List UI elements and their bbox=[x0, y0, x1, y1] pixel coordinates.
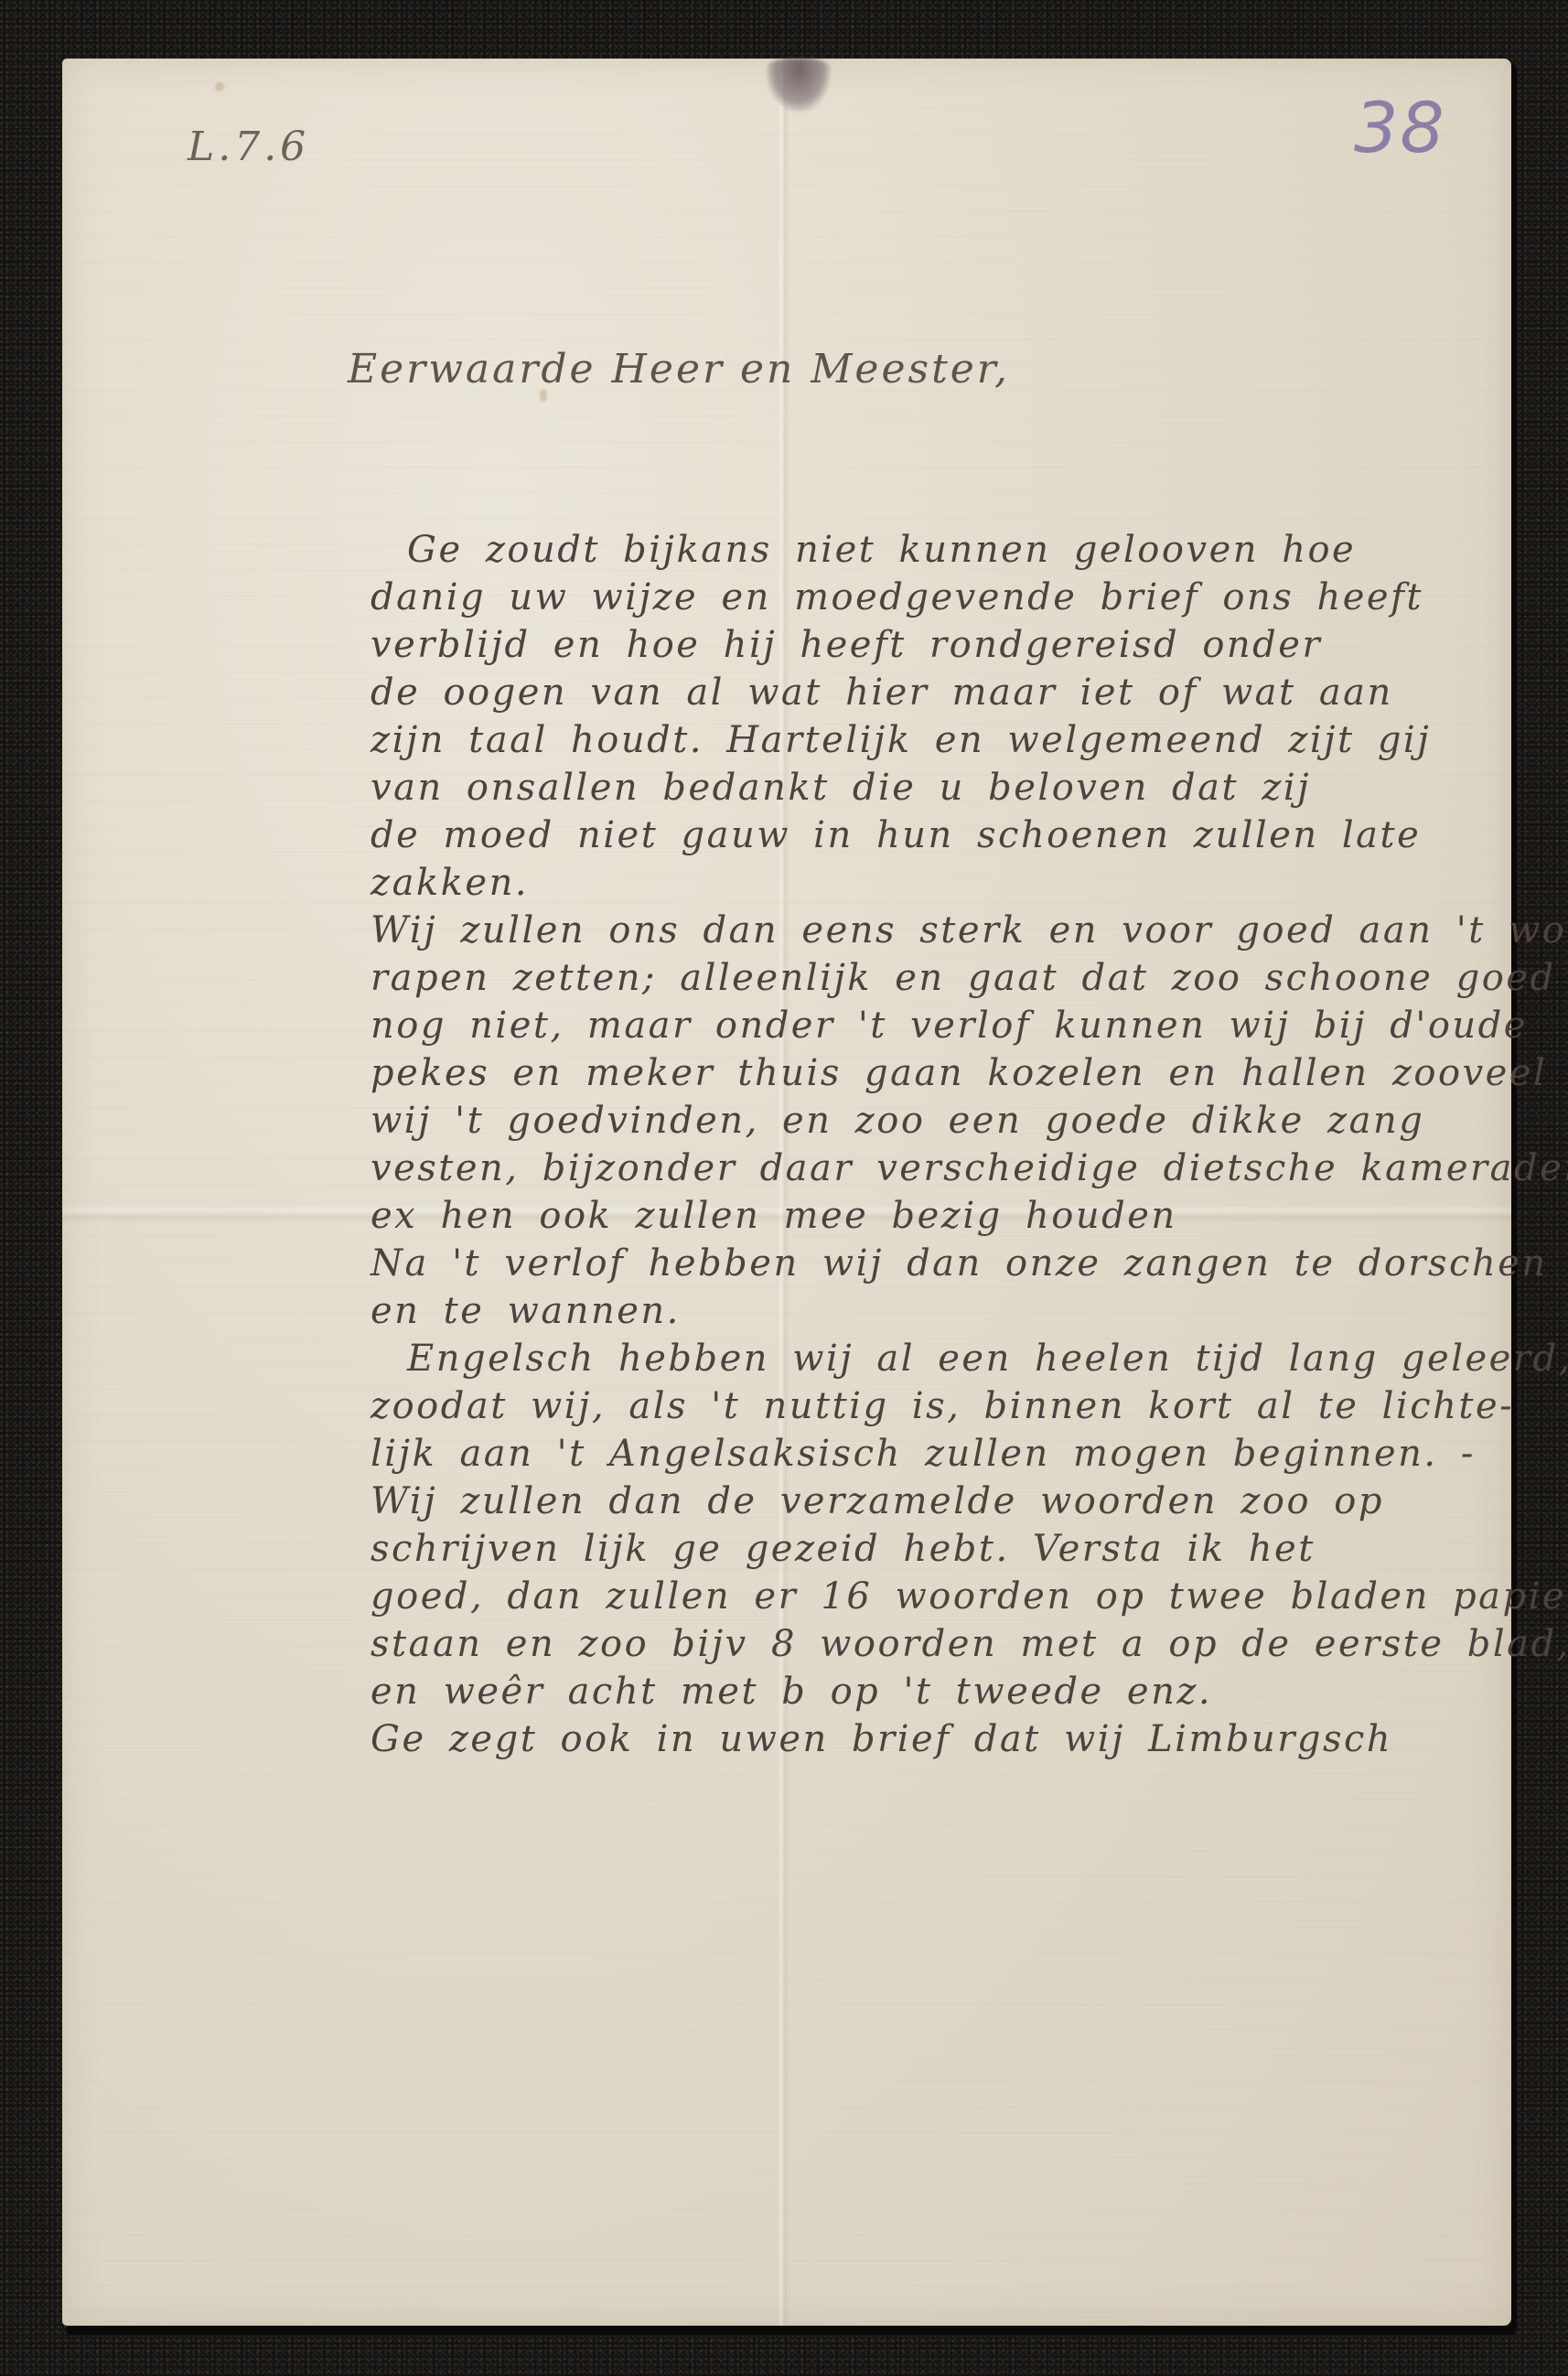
letter-line: zijn taal houdt. Hartelijk en welgemeend… bbox=[371, 716, 1505, 764]
letter-line: rapen zetten; alleenlijk en gaat dat zoo… bbox=[371, 954, 1505, 1002]
letter-line: wij 't goedvinden, en zoo een goede dikk… bbox=[371, 1097, 1505, 1145]
letter-line: en te wannen. bbox=[371, 1287, 1505, 1335]
letter-line: nog niet, maar onder 't verlof kunnen wi… bbox=[371, 1002, 1505, 1049]
archive-reference-mark: L.7.6 bbox=[188, 124, 309, 170]
letter-body: Ge zoudt bijkans niet kunnen gelooven ho… bbox=[371, 526, 1505, 1763]
letter-line: Ge zegt ook in uwen brief dat wij Limbur… bbox=[371, 1715, 1505, 1763]
folio-number: 38 bbox=[1354, 87, 1446, 168]
foxing-spot bbox=[215, 82, 224, 91]
letter-line: Wij zullen dan de verzamelde woorden zoo… bbox=[371, 1478, 1505, 1525]
letter-line: staan en zoo bijv 8 woorden met a op de … bbox=[371, 1620, 1505, 1668]
letter-line: pekes en meker thuis gaan kozelen en hal… bbox=[371, 1049, 1505, 1097]
letter-salutation: Eerwaarde Heer en Meester, bbox=[348, 346, 1010, 392]
letter-line: de oogen van al wat hier maar iet of wat… bbox=[371, 669, 1505, 716]
letter-line: zakken. bbox=[371, 859, 1505, 907]
letter-line: danig uw wijze en moedgevende brief ons … bbox=[371, 574, 1505, 621]
letter-line: zoodat wij, als 't nuttig is, binnen kor… bbox=[371, 1382, 1505, 1430]
letter-line: ex hen ook zullen mee bezig houden bbox=[371, 1192, 1505, 1240]
letter-line: de moed niet gauw in hun schoenen zullen… bbox=[371, 812, 1505, 859]
letter-line: Wij zullen ons dan eens sterk en voor go… bbox=[371, 907, 1505, 954]
letter-line: Ge zoudt bijkans niet kunnen gelooven ho… bbox=[371, 526, 1505, 574]
letter-line: van onsallen bedankt die u beloven dat z… bbox=[371, 764, 1505, 812]
letter-line: lijk aan 't Angelsaksisch zullen mogen b… bbox=[371, 1430, 1505, 1478]
letter-line: en weêr acht met b op 't tweede enz. bbox=[371, 1668, 1505, 1715]
letter-line: schrijven lijk ge gezeid hebt. Versta ik… bbox=[371, 1525, 1505, 1573]
letter-line: Na 't verlof hebben wij dan onze zangen … bbox=[371, 1240, 1505, 1287]
letter-line: verblijd en hoe hij heeft rondgereisd on… bbox=[371, 621, 1505, 669]
letter-line: Engelsch hebben wij al een heelen tijd l… bbox=[371, 1335, 1505, 1382]
letter-line: goed, dan zullen er 16 woorden op twee b… bbox=[371, 1573, 1505, 1620]
letter-line: vesten, bijzonder daar verscheidige diet… bbox=[371, 1145, 1505, 1192]
